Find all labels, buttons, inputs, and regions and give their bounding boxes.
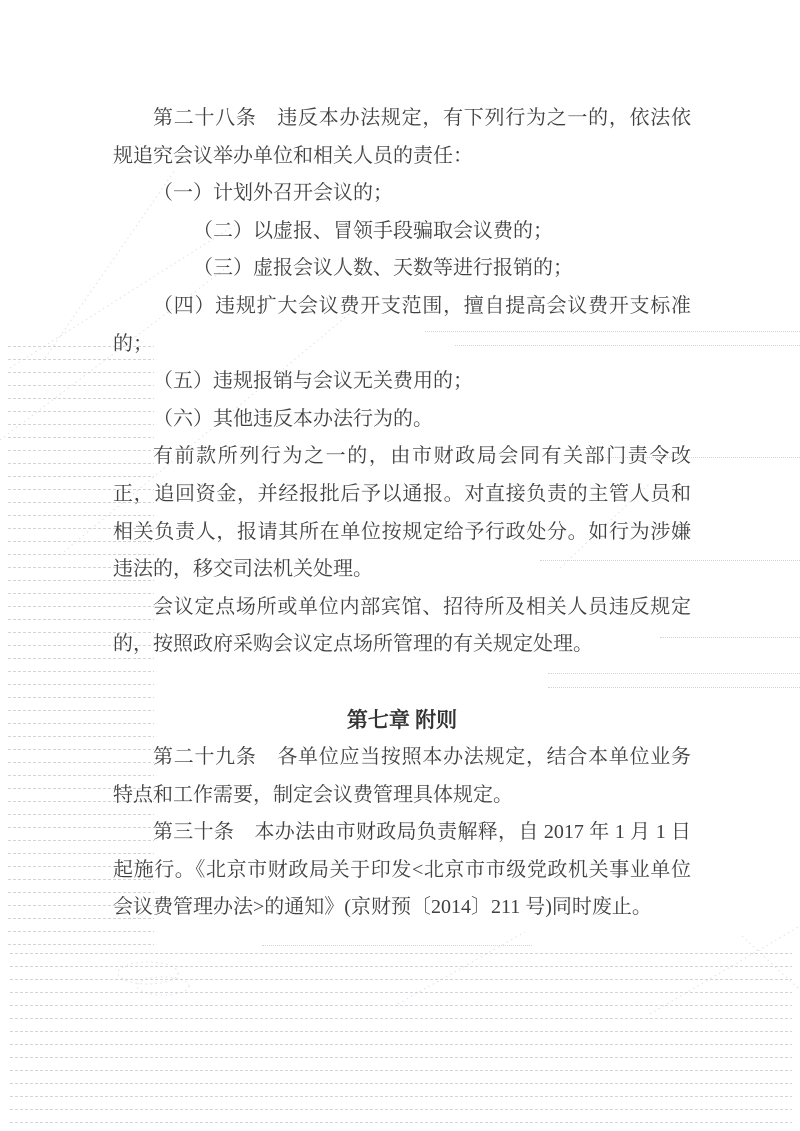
list-item-1: （一）计划外召开会议的； xyxy=(113,175,691,213)
list-item-2: （二）以虚报、冒领手段骗取会议费的； xyxy=(113,213,691,251)
scanned-document-page: 第二十八条 违反本办法规定，有下列行为之一的，依法依规追究会议举办单位和相关人员… xyxy=(0,0,800,1131)
paragraph-penalty: 有前款所列行为之一的，由市财政局会同有关部门责令改正，追回资金，并经报批后予以通… xyxy=(113,438,691,588)
list-item-6: （六）其他违反本办法行为的。 xyxy=(113,401,691,439)
paragraph-article-29: 第二十九条 各单位应当按照本办法规定，结合本单位业务特点和工作需要，制定会议费管… xyxy=(113,739,691,814)
section-violations: 第二十八条 违反本办法规定，有下列行为之一的，依法依规追究会议举办单位和相关人员… xyxy=(113,100,691,664)
scan-dotted-line xyxy=(262,945,532,946)
section-supplementary: 第二十九条 各单位应当按照本办法规定，结合本单位业务特点和工作需要，制定会议费管… xyxy=(113,739,691,927)
paragraph-article-30: 第三十条 本办法由市财政局负责解释，自 2017 年 1 月 1 日起施行。《北… xyxy=(113,814,691,927)
list-item-4: （四）违规扩大会议费开支范围，擅自提高会议费开支标准的； xyxy=(113,288,691,363)
paragraph-article-28: 第二十八条 违反本办法规定，有下列行为之一的，依法依规追究会议举办单位和相关人员… xyxy=(113,100,691,175)
scan-dotted-lines-bottom xyxy=(8,953,792,1125)
list-item-5: （五）违规报销与会议无关费用的； xyxy=(113,363,691,401)
list-item-3: （三）虚报会议人数、天数等进行报销的； xyxy=(113,250,691,288)
chapter-heading: 第七章 附则 xyxy=(113,702,691,740)
document-body: 第二十八条 违反本办法规定，有下列行为之一的，依法依规追究会议举办单位和相关人员… xyxy=(113,100,691,927)
paragraph-venues: 会议定点场所或单位内部宾馆、招待所及相关人员违反规定的，按照政府采购会议定点场所… xyxy=(113,589,691,664)
